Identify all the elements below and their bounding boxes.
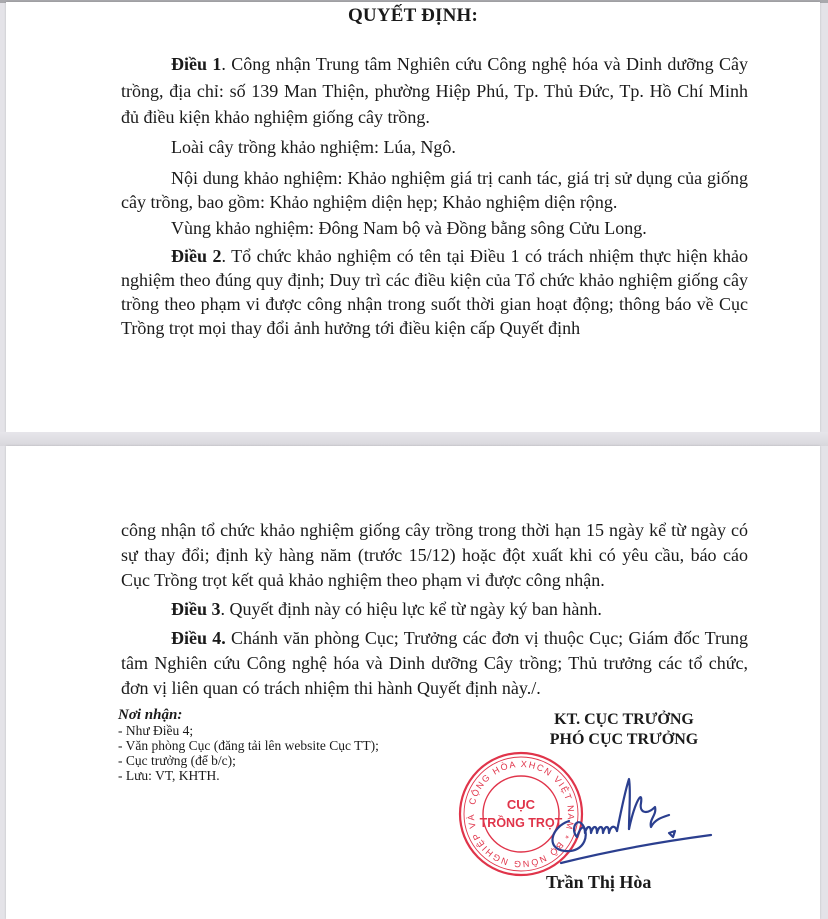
article-4-label: Điều 4. bbox=[171, 628, 226, 648]
handwritten-signature-icon bbox=[551, 771, 721, 866]
article-3-text: . Quyết định này có hiệu lực kể từ ngày … bbox=[221, 599, 602, 619]
article-3-label: Điều 3 bbox=[171, 599, 221, 619]
decision-title: QUYẾT ĐỊNH: bbox=[6, 5, 820, 27]
page-gap bbox=[0, 432, 828, 446]
article-4: Điều 4. Chánh văn phòng Cục; Trưởng các … bbox=[121, 626, 748, 701]
signature-title-line-1: KT. CỤC TRƯỞNG bbox=[474, 710, 774, 730]
testing-region: Vùng khảo nghiệm: Đông Nam bộ và Đồng bằ… bbox=[121, 216, 748, 242]
article-3: Điều 3. Quyết định này có hiệu lực kể từ… bbox=[121, 597, 748, 623]
recipients-heading: Nơi nhận: bbox=[118, 708, 379, 723]
signature-title-line-2: PHÓ CỤC TRƯỞNG bbox=[474, 730, 774, 750]
recipients-block: Nơi nhận: - Như Điều 4; - Văn phòng Cục … bbox=[118, 708, 379, 783]
recipient-item: - Như Điều 4; bbox=[118, 723, 379, 738]
article-2: Điều 2. Tổ chức khảo nghiệm có tên tại Đ… bbox=[121, 244, 748, 340]
testing-region-text: Vùng khảo nghiệm: Đông Nam bộ và Đồng bằ… bbox=[171, 218, 647, 238]
signer-name: Trần Thị Hòa bbox=[546, 872, 651, 893]
signature-title: KT. CỤC TRƯỞNG PHÓ CỤC TRƯỞNG bbox=[474, 710, 774, 750]
recipient-item: - Cục trưởng (để b/c); bbox=[118, 753, 379, 768]
article-1-label: Điều 1 bbox=[171, 54, 221, 74]
article-1: Điều 1. Công nhận Trung tâm Nghiên cứu C… bbox=[121, 51, 748, 131]
crop-species-text: Loài cây trồng khảo nghiệm: Lúa, Ngô. bbox=[171, 137, 456, 157]
recipient-item: - Lưu: VT, KHTH. bbox=[118, 768, 379, 783]
testing-content: Nội dung khảo nghiệm: Khảo nghiệm giá tr… bbox=[121, 166, 748, 214]
document-page-1: QUYẾT ĐỊNH: Điều 1. Công nhận Trung tâm … bbox=[6, 2, 820, 432]
crop-species: Loài cây trồng khảo nghiệm: Lúa, Ngô. bbox=[121, 135, 748, 161]
document-page-2: công nhận tổ chức khảo nghiệm giống cây … bbox=[6, 446, 820, 919]
svg-text:CỤC: CỤC bbox=[507, 797, 536, 812]
article-2-continued: công nhận tổ chức khảo nghiệm giống cây … bbox=[121, 518, 748, 593]
article-2-label: Điều 2 bbox=[171, 246, 221, 266]
recipient-item: - Văn phòng Cục (đăng tải lên website Cụ… bbox=[118, 738, 379, 753]
testing-content-text: Nội dung khảo nghiệm: Khảo nghiệm giá tr… bbox=[121, 168, 748, 212]
